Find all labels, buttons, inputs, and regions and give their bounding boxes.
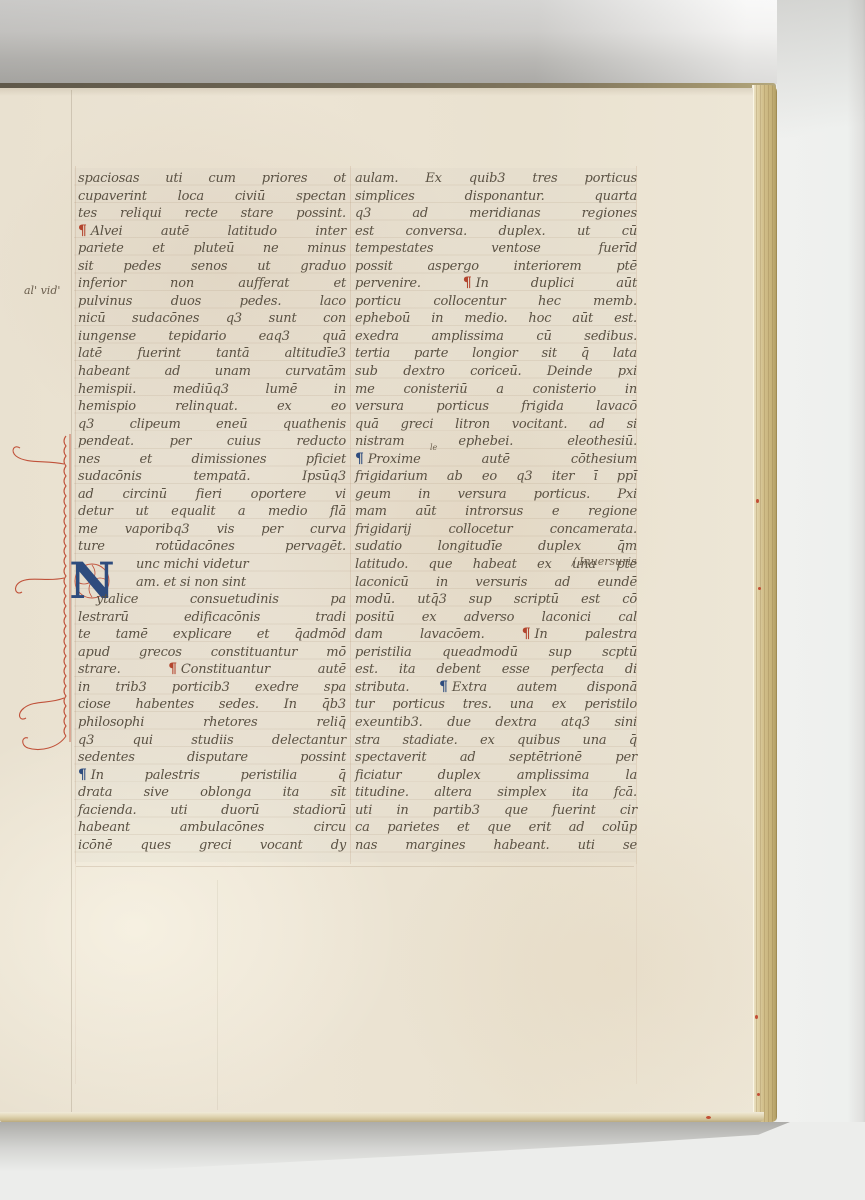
margin-note-text: Inuersuris <box>579 555 636 568</box>
manuscript-text-line: simplices disponantur. quarta <box>355 188 637 206</box>
manuscript-text-line: ¶Alvei autē latitudo inter <box>78 223 346 241</box>
manuscript-text-line: unc michi videtur <box>78 556 346 574</box>
photo-backdrop-top <box>0 0 865 84</box>
manuscript-text-line: sub dextro coriceū. Deinde pxi <box>355 363 637 381</box>
manuscript-text-line: stributa. ¶Extra autem disponā <box>355 679 637 697</box>
book-cast-shadow <box>0 1122 790 1180</box>
interlinear-correction: le <box>430 443 437 452</box>
manuscript-text-line: spaciosas uti cum priores ot <box>78 170 346 188</box>
photo-backdrop-right <box>777 0 865 1200</box>
manuscript-text-line: possit aspergo interiorem ptē <box>355 258 637 276</box>
manuscript-text-line: titudine. altera simplex ita fcā. <box>355 784 637 802</box>
manuscript-text-line: nes et dimissiones pficiet <box>78 451 346 469</box>
manuscript-text-line: icōnē ques greci vocant dy <box>78 837 346 855</box>
manuscript-text-line: epheboū in medio. hoc aūt est. <box>355 310 637 328</box>
ruling-vertical-left-ext <box>75 864 76 1084</box>
margin-note-mark: / <box>572 555 576 568</box>
manuscript-text-line: nicū sudacōnes q3 sunt con <box>78 310 346 328</box>
manuscript-text-line: ¶In palestris peristilia q̄ <box>78 767 346 785</box>
manuscript-text-line: nistram ephebei. eleothesiū. <box>355 433 637 451</box>
manuscript-text-line: versura porticus frigida lavacō <box>355 398 637 416</box>
fore-edge-red-speck <box>756 499 759 503</box>
ruling-vertical-gutter <box>350 166 351 864</box>
manuscript-text-line: est. ita debent esse perfecta di <box>355 661 637 679</box>
manuscript-text-line: ¶Proxime autē cōthesium <box>355 451 637 469</box>
manuscript-text-line: am. et si non sint <box>78 574 346 592</box>
manuscript-page: N spaciosas uti cum priores otcupaverint… <box>0 88 753 1112</box>
manuscript-text-line: iungense tepidario eaq3 quā <box>78 328 346 346</box>
manuscript-text-line: philosophi rhetores reliq̄ <box>78 714 346 732</box>
ruling-vertical-right-ext <box>636 864 637 1084</box>
fore-edge-red-speck <box>757 1093 760 1096</box>
ruling-bottom-line <box>76 866 634 867</box>
manuscript-text-line: sudatio longitudīe duplex q̄m <box>355 538 637 556</box>
manuscript-text-line: apud grecos constituantur mō <box>78 644 346 662</box>
manuscript-text-line: aulam. Ex quib3 tres porticus <box>355 170 637 188</box>
manuscript-text-line: ad circinū fieri oportere vi <box>78 486 346 504</box>
manuscript-text-line: ciose habentes sedes. In q̄b3 <box>78 696 346 714</box>
manuscript-text-line: frigidarium ab eo q3 iter ī ppī <box>355 468 637 486</box>
text-column-left: spaciosas uti cum priores otcupaverint l… <box>78 170 346 854</box>
manuscript-text-line: in trib3 porticib3 exedre spa <box>78 679 346 697</box>
manuscript-text-line: quā greci litron vocitant. ad si <box>355 416 637 434</box>
fore-edge-red-speck <box>758 587 761 590</box>
manuscript-text-line: q3 ad meridianas regiones <box>355 205 637 223</box>
manuscript-photo: N spaciosas uti cum priores otcupaverint… <box>0 0 865 1200</box>
manuscript-text-line: hemispio relinquat. ex eo <box>78 398 346 416</box>
book-fore-edge <box>752 85 777 1122</box>
manuscript-text-line: frigidarij collocetur concamerata. <box>355 521 637 539</box>
red-paraph-mark: ¶ <box>78 223 91 239</box>
manuscript-text-line: mam aūt introrsus e regione <box>355 503 637 521</box>
margin-note-left: al' vid' <box>24 284 60 297</box>
red-paraph-mark: ¶ <box>463 275 476 291</box>
manuscript-text-line: spectaverit ad septētrionē per <box>355 749 637 767</box>
manuscript-text-line: me conisteriū a conisterio in <box>355 381 637 399</box>
manuscript-text-line: sudacōnis tempatā. Ipsūq3 <box>78 468 346 486</box>
manuscript-text-line: dam lavacōem. ¶In palestra <box>355 626 637 644</box>
manuscript-text-line: sit pedes senos ut graduo <box>78 258 346 276</box>
manuscript-text-line: nas margines habeant. uti se <box>355 837 637 855</box>
manuscript-text-line: latē fuerint tantā altitudīe3 <box>78 345 346 363</box>
manuscript-text-line: me vaporibq3 vis per curva <box>78 521 346 539</box>
bottom-edge-red-speck <box>706 1116 711 1119</box>
manuscript-text-line: q3 qui studiis delectantur <box>78 732 346 750</box>
manuscript-text-line: strare. ¶Constituantur autē <box>78 661 346 679</box>
red-paraph-mark: ¶ <box>168 661 181 677</box>
manuscript-text-line: cupaverint loca civiū spectan <box>78 188 346 206</box>
manuscript-text-line: modū. utq̄3 sup scriptū est cō <box>355 591 637 609</box>
manuscript-text-line: habeant ambulacōnes circu <box>78 819 346 837</box>
manuscript-text-line: ficiatur duplex amplissima la <box>355 767 637 785</box>
manuscript-text-line: tempestates ventose fuerīd <box>355 240 637 258</box>
manuscript-text-line: est conversa. duplex. ut cū <box>355 223 637 241</box>
manuscript-text-line: te tamē explicare et q̄admōd <box>78 626 346 644</box>
manuscript-text-line: tes reliqui recte stare possint. <box>78 205 346 223</box>
blue-paraph-mark: ¶ <box>355 451 368 467</box>
manuscript-text-line: porticu collocentur hec memb. <box>355 293 637 311</box>
manuscript-text-line: inferior non aufferat et <box>78 275 346 293</box>
manuscript-text-line: pervenire. ¶In duplici aūt <box>355 275 637 293</box>
manuscript-text-line: tur porticus tres. una ex peristilo <box>355 696 637 714</box>
manuscript-text-line: hemispii. mediūq3 lumē in <box>78 381 346 399</box>
manuscript-text-line: uti in partib3 que fuerint cir <box>355 802 637 820</box>
manuscript-text-line: laconicū in versuris ad eundē <box>355 574 637 592</box>
manuscript-text-line: ca parietes et que erit ad colūp <box>355 819 637 837</box>
manuscript-text-line: exeuntib3. due dextra atq3 sini <box>355 714 637 732</box>
manuscript-text-line: pulvinus duos pedes. laco <box>78 293 346 311</box>
manuscript-text-line: geum in versura porticus. Pxi <box>355 486 637 504</box>
margin-note-right: / Inuersuris <box>572 555 637 568</box>
red-paraph-mark: ¶ <box>522 626 535 642</box>
text-column-right: aulam. Ex quib3 tres porticussimplices d… <box>355 170 637 854</box>
page-fold-crease-faint <box>217 880 218 1110</box>
manuscript-text-line: sedentes disputare possint <box>78 749 346 767</box>
book-bottom-edge <box>0 1112 764 1122</box>
manuscript-text-line: lestrarū edificacōnis tradi <box>78 609 346 627</box>
manuscript-text-line: pendeat. per cuius reducto <box>78 433 346 451</box>
manuscript-text-line: habeant ad unam curvatām <box>78 363 346 381</box>
manuscript-text-line: stra stadiate. ex quibus una q̄ <box>355 732 637 750</box>
manuscript-text-line: ture rotūdacōnes pervagēt. <box>78 538 346 556</box>
manuscript-text-line: ytalice consuetudinis pa <box>78 591 346 609</box>
manuscript-text-line: detur ut equalit a medio flā <box>78 503 346 521</box>
fore-edge-red-speck <box>755 1015 758 1019</box>
manuscript-text-line: drata sive oblonga ita sīt <box>78 784 346 802</box>
manuscript-text-line: tertia parte longior sit q̄ lata <box>355 345 637 363</box>
blue-paraph-mark: ¶ <box>78 767 91 783</box>
manuscript-text-line: facienda. uti duorū stadiorū <box>78 802 346 820</box>
manuscript-text-line: pariete et pluteū ne minus <box>78 240 346 258</box>
manuscript-text-line: peristilia queadmodū sup scptū <box>355 644 637 662</box>
manuscript-text-line: exedra amplissima cū sedibus. <box>355 328 637 346</box>
manuscript-text-line: positū ex adverso laconici cal <box>355 609 637 627</box>
manuscript-text-line: q3 clipeum eneū quathenis <box>78 416 346 434</box>
blue-paraph-mark: ¶ <box>439 679 452 695</box>
photo-backdrop-bottom <box>0 1122 865 1200</box>
